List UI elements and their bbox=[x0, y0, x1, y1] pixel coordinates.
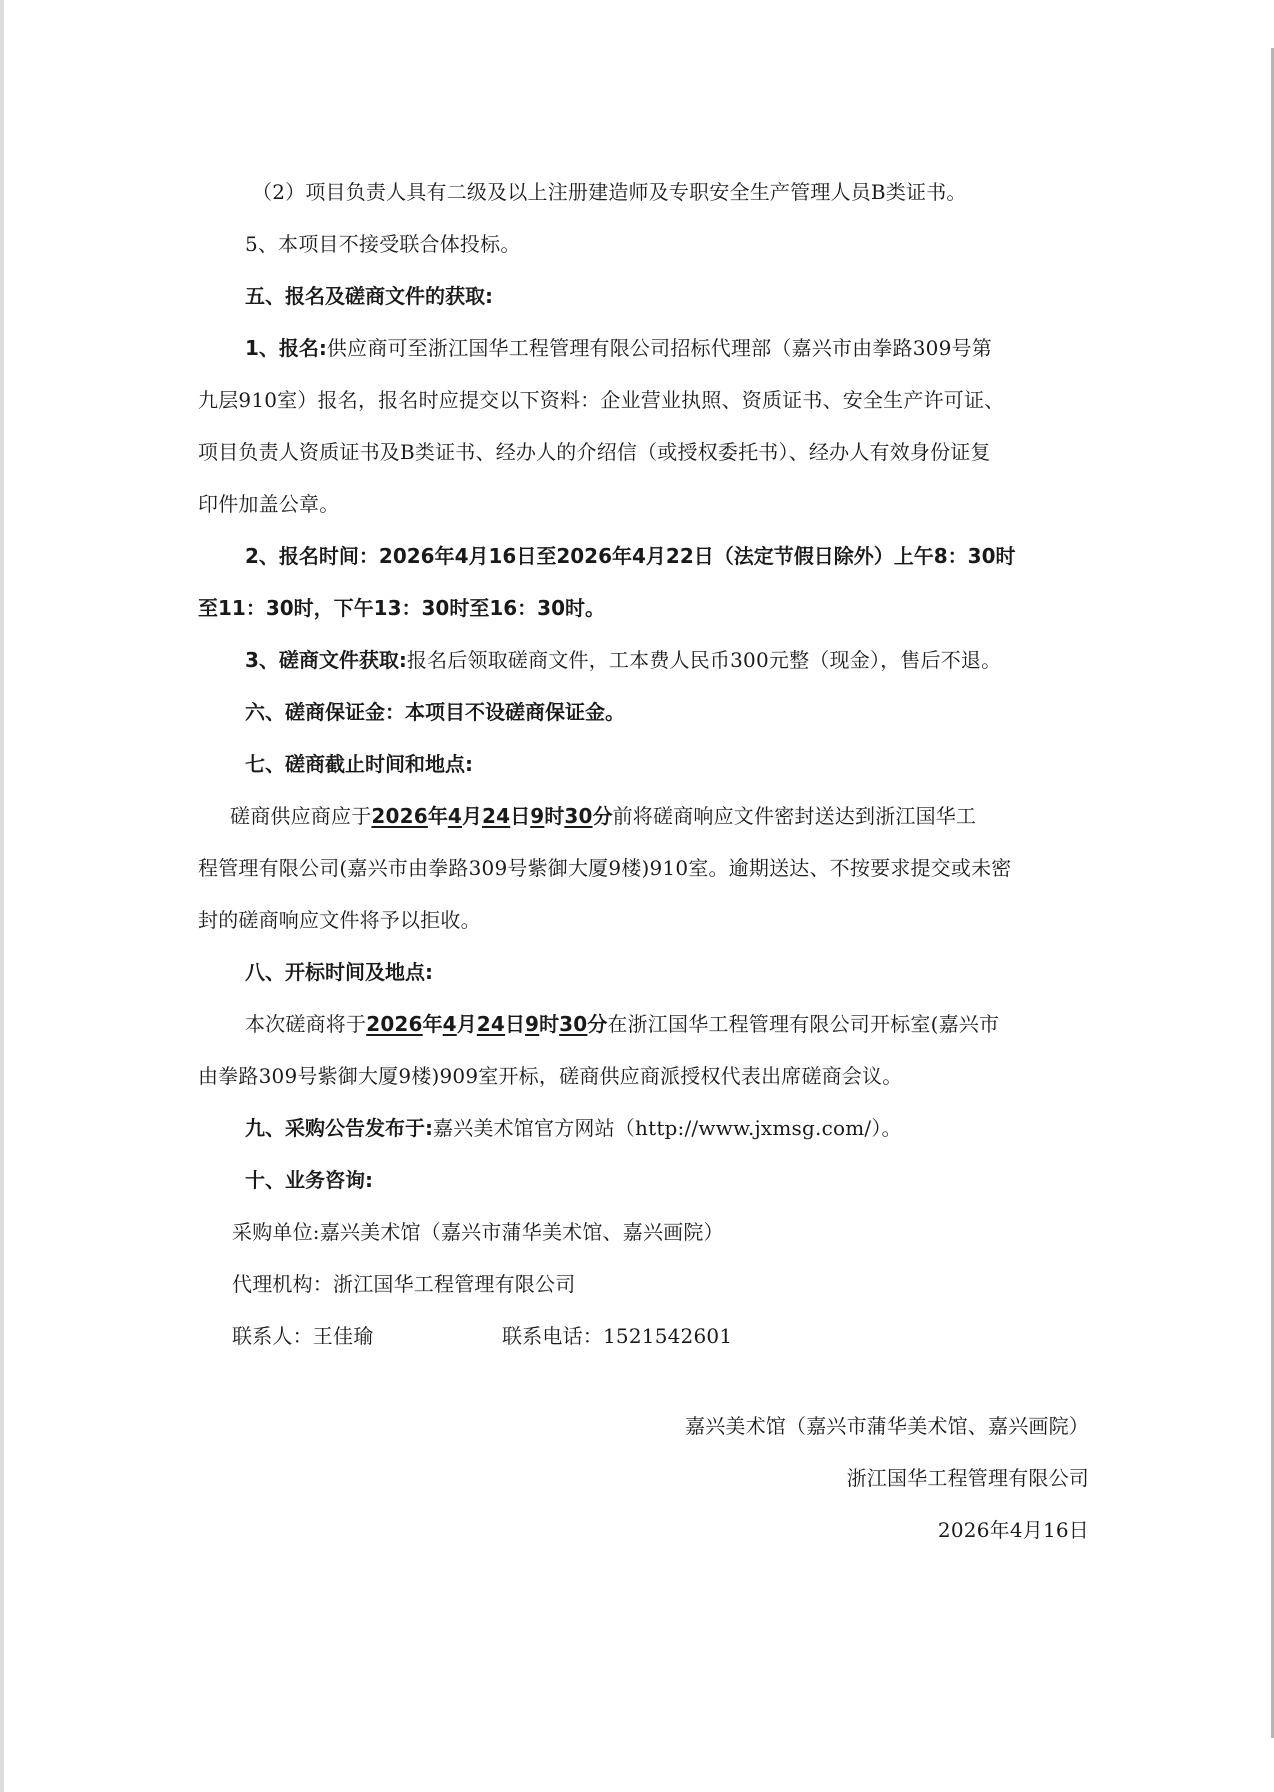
opening-shi: 时 bbox=[539, 1012, 559, 1036]
contact-person: 联系人：王佳瑜 bbox=[232, 1322, 373, 1350]
opening-day: 24 bbox=[477, 1012, 505, 1036]
opening-month: 4 bbox=[443, 1012, 457, 1036]
docs-acquisition-text: 报名后领取磋商文件，工本费人民币300元整（现金），售后不退。 bbox=[407, 648, 1001, 672]
requirement-4-2: （2）项目负责人具有二级及以上注册建造师及专职安全生产管理人员B类证书。 bbox=[252, 178, 967, 206]
docs-acquisition-label: 3、磋商文件获取: bbox=[245, 648, 407, 672]
agency: 代理机构：浙江国华工程管理有限公司 bbox=[232, 1270, 575, 1298]
registration-line-2: 九层910室）报名，报名时应提交以下资料：企业营业执照、资质证书、安全生产许可证… bbox=[198, 386, 1004, 414]
section-7-heading: 七、磋商截止时间和地点: bbox=[245, 750, 473, 778]
deadline-nian: 年 bbox=[428, 804, 448, 828]
contact-phone: 联系电话：1521542601 bbox=[502, 1322, 732, 1350]
deadline-yue: 月 bbox=[462, 804, 482, 828]
deadline-pre: 磋商供应商应于 bbox=[230, 804, 371, 828]
opening-year: 2026 bbox=[366, 1012, 422, 1036]
docs-acquisition: 3、磋商文件获取:报名后领取磋商文件，工本费人民币300元整（现金），售后不退。 bbox=[245, 646, 1001, 674]
deadline-year: 2026 bbox=[371, 804, 427, 828]
deadline-post: 前将磋商响应文件密封送达到浙江国华工 bbox=[613, 804, 977, 828]
purchaser-unit: 采购单位:嘉兴美术馆（嘉兴市蒲华美术馆、嘉兴画院） bbox=[232, 1218, 724, 1246]
deadline-month: 4 bbox=[448, 804, 462, 828]
opening-post: 在浙江国华工程管理有限公司开标室(嘉兴市 bbox=[607, 1012, 999, 1036]
deadline-shi: 时 bbox=[544, 804, 564, 828]
deadline-day: 24 bbox=[482, 804, 510, 828]
deadline-minute: 30 bbox=[564, 804, 592, 828]
registration-time-line-2: 至11：30时，下午13：30时至16：30时。 bbox=[198, 594, 605, 622]
registration-line-1: 1、报名:供应商可至浙江国华工程管理有限公司招标代理部（嘉兴市由拳路309号第 bbox=[245, 334, 992, 362]
signature-org-1: 嘉兴美术馆（嘉兴市蒲华美术馆、嘉兴画院） bbox=[685, 1412, 1089, 1440]
section-6-deposit: 六、磋商保证金：本项目不设磋商保证金。 bbox=[245, 698, 625, 726]
section-5-heading: 五、报名及磋商文件的获取: bbox=[245, 282, 493, 310]
registration-line-3: 项目负责人资质证书及B类证书、经办人的介绍信（或授权委托书）、经办人有效身份证复 bbox=[198, 438, 991, 466]
section-9-publication: 九、采购公告发布于:嘉兴美术馆官方网站（http://www.jxmsg.com… bbox=[245, 1114, 902, 1142]
deadline-line-3: 封的磋商响应文件将予以拒收。 bbox=[198, 906, 481, 934]
registration-text-1: 供应商可至浙江国华工程管理有限公司招标代理部（嘉兴市由拳路309号第 bbox=[327, 336, 992, 360]
deadline-line-1: 磋商供应商应于2026年4月24日9时30分前将磋商响应文件密封送达到浙江国华工 bbox=[230, 802, 976, 830]
publication-link[interactable]: 嘉兴美术馆官方网站（http://www.jxmsg.com/）。 bbox=[433, 1116, 902, 1140]
opening-fen: 分 bbox=[587, 1012, 607, 1036]
signature-org-2: 浙江国华工程管理有限公司 bbox=[847, 1464, 1089, 1492]
section-10-heading: 十、业务咨询: bbox=[245, 1166, 373, 1194]
opening-yue: 月 bbox=[457, 1012, 477, 1036]
deadline-fen: 分 bbox=[593, 804, 613, 828]
publication-label: 九、采购公告发布于: bbox=[245, 1116, 433, 1140]
opening-ri: 日 bbox=[505, 1012, 525, 1036]
registration-label: 1、报名: bbox=[245, 336, 327, 360]
registration-line-4: 印件加盖公章。 bbox=[198, 490, 339, 518]
opening-minute: 30 bbox=[559, 1012, 587, 1036]
opening-line-2: 由拳路309号紫御大厦9楼)909室开标，磋商供应商派授权代表出席磋商会议。 bbox=[198, 1062, 902, 1090]
deadline-line-2: 程管理有限公司(嘉兴市由拳路309号紫御大厦9楼)910室。逾期送达、不按要求提… bbox=[198, 854, 1011, 882]
deadline-hour: 9 bbox=[530, 804, 544, 828]
requirement-5: 5、本项目不接受联合体投标。 bbox=[245, 230, 521, 258]
document-page: （2）项目负责人具有二级及以上注册建造师及专职安全生产管理人员B类证书。 5、本… bbox=[0, 0, 1274, 1792]
deadline-ri: 日 bbox=[510, 804, 530, 828]
section-8-heading: 八、开标时间及地点: bbox=[245, 958, 433, 986]
opening-pre: 本次磋商将于 bbox=[245, 1012, 366, 1036]
registration-time-line-1: 2、报名时间：2026年4月16日至2026年4月22日（法定节假日除外）上午8… bbox=[245, 542, 1016, 570]
signature-date: 2026年4月16日 bbox=[938, 1516, 1089, 1544]
opening-nian: 年 bbox=[423, 1012, 443, 1036]
opening-line-1: 本次磋商将于2026年4月24日9时30分在浙江国华工程管理有限公司开标室(嘉兴… bbox=[245, 1010, 999, 1038]
opening-hour: 9 bbox=[525, 1012, 539, 1036]
